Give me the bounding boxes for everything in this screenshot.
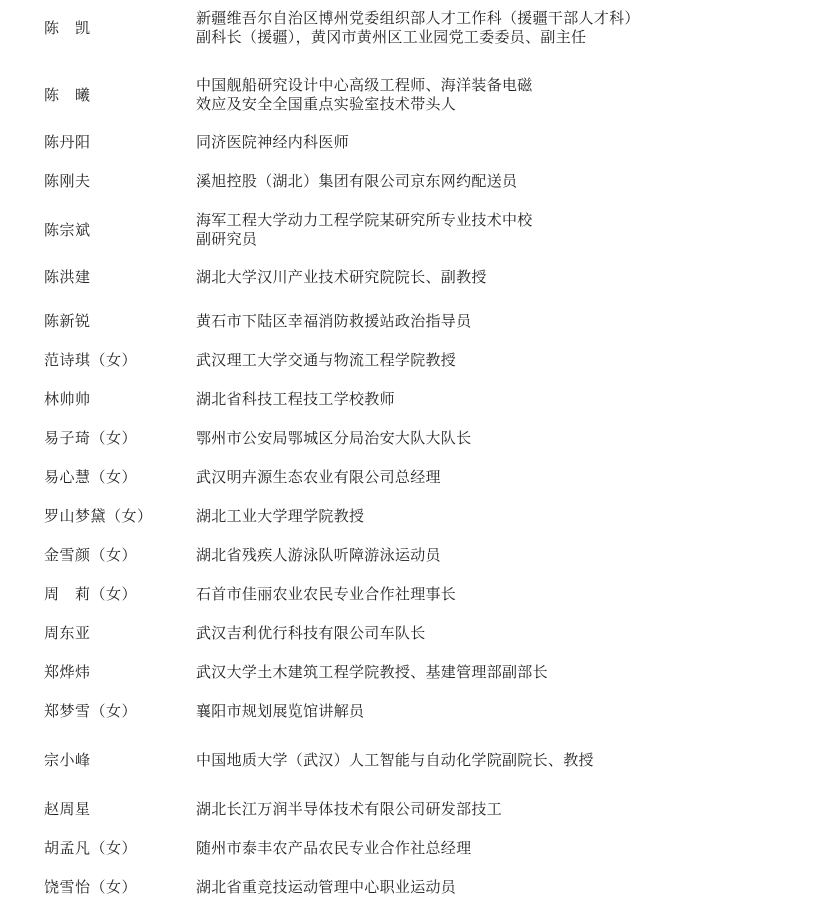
person-name: 金雪颜（女） [44, 546, 196, 565]
person-name: 周东亚 [44, 624, 196, 643]
person-title: 中国舰船研究设计中心高级工程师、海洋装备电磁 效应及安全全国重点实验室技术带头人 [196, 76, 666, 114]
roster-row: 郑烨炜 武汉大学土木建筑工程学院教授、基建管理部副部长 [44, 663, 796, 682]
person-title: 湖北省科技工程技工学校教师 [196, 390, 666, 409]
roster-row: 易心慧（女） 武汉明卉源生态农业有限公司总经理 [44, 468, 796, 487]
person-title: 武汉大学土木建筑工程学院教授、基建管理部副部长 [196, 663, 666, 682]
person-title: 溪旭控股（湖北）集团有限公司京东网约配送员 [196, 172, 666, 191]
person-name: 郑烨炜 [44, 663, 196, 682]
roster-row: 赵周星 湖北长江万润半导体技术有限公司研发部技工 [44, 800, 796, 819]
roster-row: 罗山梦黛（女） 湖北工业大学理学院教授 [44, 507, 796, 526]
roster-row: 陈刚夫 溪旭控股（湖北）集团有限公司京东网约配送员 [44, 172, 796, 191]
person-name: 易子琦（女） [44, 429, 196, 448]
roster-row: 范诗琪（女） 武汉理工大学交通与物流工程学院教授 [44, 351, 796, 370]
person-title: 同济医院神经内科医师 [196, 133, 666, 152]
person-title: 新疆维吾尔自治区博州党委组织部人才工作科（援疆干部人才科） 副科长（援疆），黄冈… [196, 9, 666, 47]
roster-row: 宗小峰 中国地质大学（武汉）人工智能与自动化学院副院长、教授 [44, 751, 796, 770]
person-title: 湖北省重竞技运动管理中心职业运动员 [196, 878, 666, 897]
person-name: 陈新锐 [44, 312, 196, 331]
person-title: 湖北大学汉川产业技术研究院院长、副教授 [196, 268, 666, 287]
roster-row: 林帅帅 湖北省科技工程技工学校教师 [44, 390, 796, 409]
roster-row: 陈洪建 湖北大学汉川产业技术研究院院长、副教授 [44, 268, 796, 287]
person-title: 湖北工业大学理学院教授 [196, 507, 666, 526]
person-name: 赵周星 [44, 800, 196, 819]
person-title: 武汉理工大学交通与物流工程学院教授 [196, 351, 666, 370]
person-name: 林帅帅 [44, 390, 196, 409]
roster-row: 郑梦雪（女） 襄阳市规划展览馆讲解员 [44, 702, 796, 721]
person-title: 襄阳市规划展览馆讲解员 [196, 702, 666, 721]
roster-row: 陈宗斌 海军工程大学动力工程学院某研究所专业技术中校 副研究员 [44, 211, 796, 249]
roster-row: 易子琦（女） 鄂州市公安局鄂城区分局治安大队大队长 [44, 429, 796, 448]
person-name: 陈洪建 [44, 268, 196, 287]
roster-row: 周 莉（女） 石首市佳丽农业农民专业合作社理事长 [44, 585, 796, 604]
person-name: 罗山梦黛（女） [44, 507, 196, 526]
person-title: 武汉吉利优行科技有限公司车队长 [196, 624, 666, 643]
person-title: 湖北长江万润半导体技术有限公司研发部技工 [196, 800, 666, 819]
person-title: 石首市佳丽农业农民专业合作社理事长 [196, 585, 666, 604]
person-title: 海军工程大学动力工程学院某研究所专业技术中校 副研究员 [196, 211, 666, 249]
person-name: 陈 凯 [44, 19, 196, 38]
roster-list: 陈 凯 新疆维吾尔自治区博州党委组织部人才工作科（援疆干部人才科） 副科长（援疆… [0, 0, 816, 897]
person-title: 湖北省残疾人游泳队听障游泳运动员 [196, 546, 666, 565]
roster-row: 胡孟凡（女） 随州市泰丰农产品农民专业合作社总经理 [44, 839, 796, 858]
person-name: 范诗琪（女） [44, 351, 196, 370]
roster-row: 陈 曦 中国舰船研究设计中心高级工程师、海洋装备电磁 效应及安全全国重点实验室技… [44, 76, 796, 114]
roster-row: 陈 凯 新疆维吾尔自治区博州党委组织部人才工作科（援疆干部人才科） 副科长（援疆… [44, 9, 796, 47]
person-name: 周 莉（女） [44, 585, 196, 604]
person-name: 易心慧（女） [44, 468, 196, 487]
person-name: 陈宗斌 [44, 221, 196, 240]
person-name: 郑梦雪（女） [44, 702, 196, 721]
person-name: 胡孟凡（女） [44, 839, 196, 858]
person-name: 宗小峰 [44, 751, 196, 770]
roster-row: 周东亚 武汉吉利优行科技有限公司车队长 [44, 624, 796, 643]
roster-row: 陈新锐 黄石市下陆区幸福消防救援站政治指导员 [44, 312, 796, 331]
person-name: 饶雪怡（女） [44, 878, 196, 897]
person-name: 陈丹阳 [44, 133, 196, 152]
person-name: 陈刚夫 [44, 172, 196, 191]
person-title: 黄石市下陆区幸福消防救援站政治指导员 [196, 312, 666, 331]
person-title: 随州市泰丰农产品农民专业合作社总经理 [196, 839, 666, 858]
person-name: 陈 曦 [44, 86, 196, 105]
person-title: 武汉明卉源生态农业有限公司总经理 [196, 468, 666, 487]
roster-row: 金雪颜（女） 湖北省残疾人游泳队听障游泳运动员 [44, 546, 796, 565]
roster-row: 陈丹阳 同济医院神经内科医师 [44, 133, 796, 152]
person-title: 鄂州市公安局鄂城区分局治安大队大队长 [196, 429, 666, 448]
person-title: 中国地质大学（武汉）人工智能与自动化学院副院长、教授 [196, 751, 666, 770]
roster-row: 饶雪怡（女） 湖北省重竞技运动管理中心职业运动员 [44, 878, 796, 897]
